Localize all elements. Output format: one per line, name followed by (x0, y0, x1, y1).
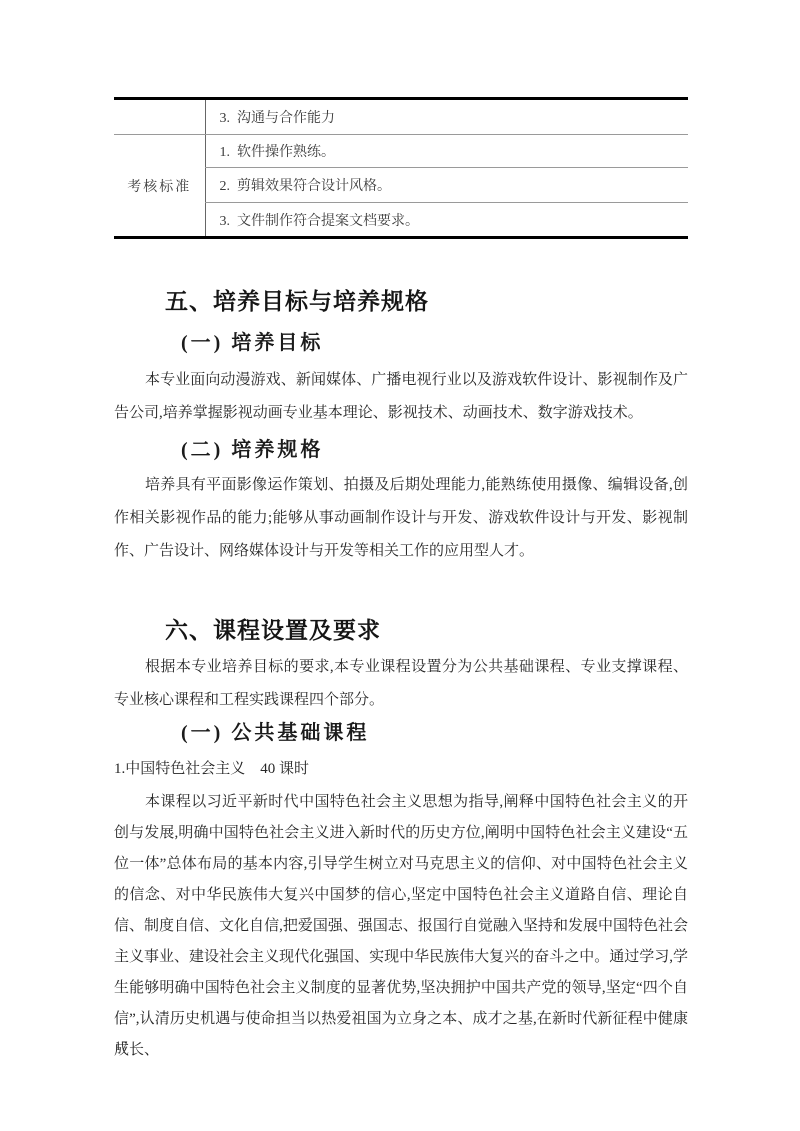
course-one-description-paragraph: 本课程以习近平新时代中国特色社会主义思想为指导,阐释中国特色社会主义的开创与发展… (114, 787, 688, 1066)
course-structure-intro-paragraph: 根据本专业培养目标的要求,本专业课程设置分为公共基础课程、专业支撑课程、专业核心… (114, 651, 688, 717)
table-cell: 1. 软件操作熟练。 (205, 135, 688, 168)
course-one-title: 1.中国特色社会主义 40 课时 (114, 758, 688, 780)
document-page: 3. 沟通与合作能力 考核标准 1. 软件操作熟练。 2. 剪辑效果符合设计风格… (0, 0, 800, 1131)
assessment-criteria-table: 3. 沟通与合作能力 考核标准 1. 软件操作熟练。 2. 剪辑效果符合设计风格… (114, 97, 688, 239)
table-cell: 3. 文件制作符合提案文档要求。 (205, 203, 688, 238)
table-row: 3. 沟通与合作能力 (114, 99, 688, 135)
training-specifications-paragraph: 培养具有平面影像运作策划、拍摄及后期处理能力,能熟练使用摄像、编辑设备,创作相关… (114, 469, 688, 568)
section-six-heading: 六、课程设置及要求 (165, 615, 381, 645)
page-number: 17 (115, 1038, 128, 1054)
table-cell: 2. 剪辑效果符合设计风格。 (205, 168, 688, 203)
subsection-public-basic-courses-heading: (一) 公共基础课程 (181, 720, 369, 746)
table-cell: 3. 沟通与合作能力 (205, 99, 688, 135)
table-label-cell-empty (114, 99, 205, 135)
table-row: 考核标准 1. 软件操作熟练。 (114, 135, 688, 168)
subsection-training-objectives-heading: (一) 培养目标 (181, 330, 323, 356)
section-five-heading: 五、培养目标与培养规格 (165, 286, 429, 316)
subsection-training-specifications-heading: (二) 培养规格 (181, 437, 323, 463)
training-objectives-paragraph: 本专业面向动漫游戏、新闻媒体、广播电视行业以及游戏软件设计、影视制作及广告公司,… (114, 364, 688, 430)
criteria-label-cell: 考核标准 (114, 135, 205, 238)
